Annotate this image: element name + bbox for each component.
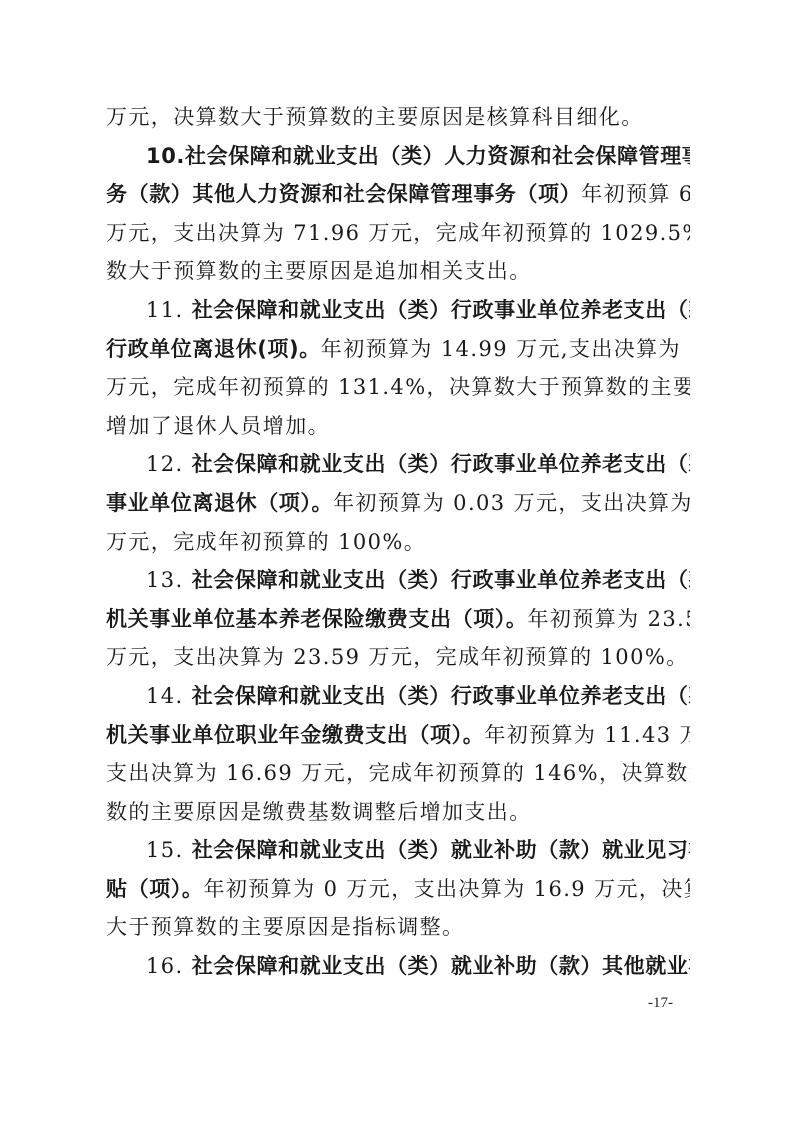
bold-heading-text: 10.社会保障和就业支出（类）人力资源和社会保障管理事 [146,144,690,168]
paragraph-first-line: 12. 社会保障和就业支出（类）行政事业单位养老支出（款） [106,445,690,484]
bold-heading-text: 社会保障和就业支出（类）行政事业单位养老支出（款） [192,298,690,322]
body-text: 万元，支出决算为 23.59 万元，完成年初预算的 100%。 [106,645,689,669]
text-line: 数的主要原因是缴费基数调整后增加支出。 [106,793,690,832]
body-text: 年初预算为 0 万元，支出决算为 16.9 万元，决算数 [204,877,691,901]
body-text: 支出决算为 16.69 万元，完成年初预算的 146%，决算数大于预算 [106,761,690,785]
document-body: 万元，决算数大于预算数的主要原因是核算科目细化。10.社会保障和就业支出（类）人… [106,98,690,986]
paragraph-first-line: 15. 社会保障和就业支出（类）就业补助（款）就业见习补 [106,831,690,870]
body-text: 万元，支出决算为 71.96 万元，完成年初预算的 1029.5%，决算 [106,221,690,245]
page-number: -17- [648,995,673,1012]
text-line: 万元，决算数大于预算数的主要原因是核算科目细化。 [106,98,690,137]
text-line: 行政单位离退休(项)。年初预算为 14.99 万元,支出决算为 19.69 [106,330,690,369]
body-text: 增加了退休人员增加。 [106,414,330,438]
body-text: 数大于预算数的主要原因是追加相关支出。 [106,259,532,283]
text-line: 万元，支出决算为 23.59 万元，完成年初预算的 100%。 [106,638,690,677]
body-text: 年初预算为 14.99 万元,支出决算为 19.69 [321,337,690,361]
text-line: 贴（项）。年初预算为 0 万元，支出决算为 16.9 万元，决算数 [106,870,690,909]
body-text: 数的主要原因是缴费基数调整后增加支出。 [106,800,532,824]
body-text: 年初预算为 11.43 万元， [484,723,690,747]
body-text: 年初预算 6.99 [581,182,690,206]
bold-heading-text: 社会保障和就业支出（类）就业补助（款）其他就业补 [192,954,690,978]
bold-heading-text: 社会保障和就业支出（类）就业补助（款）就业见习补 [192,838,690,862]
body-text: 年初预算为 23.59 [528,607,691,631]
paragraph-first-line: 14. 社会保障和就业支出（类）行政事业单位养老支出（款） [106,677,690,716]
text-line: 万元，支出决算为 71.96 万元，完成年初预算的 1029.5%，决算 [106,214,690,253]
body-text: 13. [146,568,192,592]
paragraph-first-line: 13. 社会保障和就业支出（类）行政事业单位养老支出（款） [106,561,690,600]
text-line: 事业单位离退休（项）。年初预算为 0.03 万元，支出决算为 0.03 [106,484,690,523]
text-line: 务（款）其他人力资源和社会保障管理事务（项）年初预算 6.99 [106,175,690,214]
body-text: 年初预算为 0.03 万元，支出决算为 0.03 [333,491,690,515]
body-text: 16. [146,954,192,978]
body-text: 万元，完成年初预算的 131.4%，决算数大于预算数的主要原因是 [106,375,690,399]
text-line: 机关事业单位职业年金缴费支出（项）。年初预算为 11.43 万元， [106,716,690,755]
paragraph-first-line: 11. 社会保障和就业支出（类）行政事业单位养老支出（款） [106,291,690,330]
bold-heading-text: 行政单位离退休(项)。 [106,337,321,361]
body-text: 12. [146,452,192,476]
bold-heading-text: 事业单位离退休（项）。 [106,491,333,515]
text-line: 大于预算数的主要原因是指标调整。 [106,908,690,947]
paragraph-first-line: 10.社会保障和就业支出（类）人力资源和社会保障管理事 [106,137,690,176]
text-line: 机关事业单位基本养老保险缴费支出（项）。年初预算为 23.59 [106,600,690,639]
text-line: 万元，完成年初预算的 131.4%，决算数大于预算数的主要原因是 [106,368,690,407]
bold-heading-text: 社会保障和就业支出（类）行政事业单位养老支出（款） [192,452,690,476]
bold-heading-text: 机关事业单位基本养老保险缴费支出（项）。 [106,607,528,631]
body-text: 15. [146,838,192,862]
text-line: 增加了退休人员增加。 [106,407,690,446]
bold-heading-text: 贴（项）。 [106,877,204,901]
text-line: 万元，完成年初预算的 100%。 [106,523,690,562]
text-line: 支出决算为 16.69 万元，完成年初预算的 146%，决算数大于预算 [106,754,690,793]
body-text: 万元，完成年初预算的 100%。 [106,530,426,554]
bold-heading-text: 社会保障和就业支出（类）行政事业单位养老支出（款） [192,568,690,592]
bold-heading-text: 机关事业单位职业年金缴费支出（项）。 [106,723,484,747]
bold-heading-text: 社会保障和就业支出（类）行政事业单位养老支出（款） [192,684,690,708]
bold-heading-text: 务（款）其他人力资源和社会保障管理事务（项） [106,182,581,206]
body-text: 14. [146,684,192,708]
text-line: 数大于预算数的主要原因是追加相关支出。 [106,252,690,291]
paragraph-first-line: 16. 社会保障和就业支出（类）就业补助（款）其他就业补 [106,947,690,986]
body-text: 万元，决算数大于预算数的主要原因是核算科目细化。 [106,105,644,129]
body-text: 11. [146,298,192,322]
body-text: 大于预算数的主要原因是指标调整。 [106,915,464,939]
